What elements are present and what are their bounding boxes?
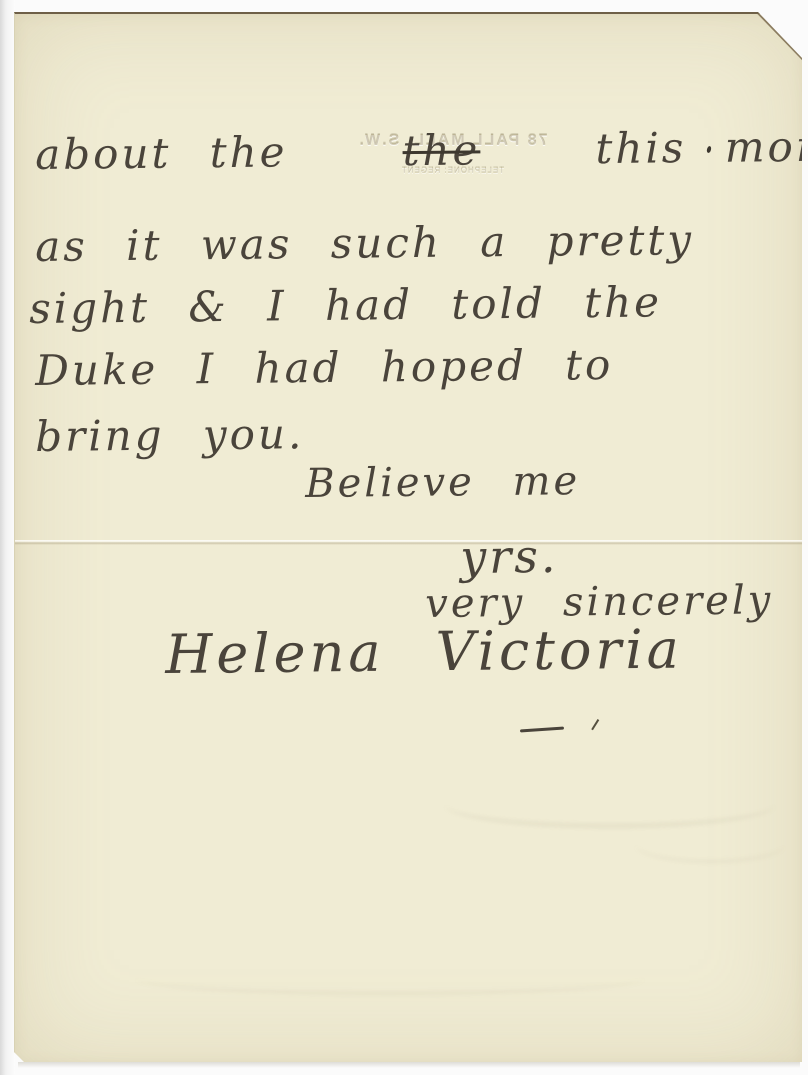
scanner-background-edge (0, 0, 15, 1075)
handwritten-line-2: as it was such a pretty (35, 219, 694, 268)
scanned-letter-page: { "document": { "kind": "handwritten let… (0, 0, 808, 1075)
handwritten-line-4: Duke I had hoped to (35, 344, 614, 392)
showthrough-smudge (445, 782, 775, 828)
paper-shadow (18, 1062, 800, 1068)
handwritten-line-1: about the the this morning (35, 125, 808, 176)
signature-underline-dash (520, 726, 564, 732)
signature-helena-victoria: Helena Victoria (165, 623, 683, 682)
line1-struck-word: the (402, 125, 480, 175)
signature-pen-tick (583, 714, 600, 731)
closing-line-very-sincerely: very sincerely (425, 580, 773, 624)
showthrough-smudge (135, 962, 645, 995)
line1-before: about the (35, 127, 288, 179)
handwritten-line-5: bring you. (35, 413, 305, 458)
letter-paper: 78 PALL MALL. S.W. TELEPHONE: REGENT abo… (14, 12, 805, 1065)
showthrough-smudge (635, 826, 785, 863)
line1-after: this morning (595, 121, 808, 173)
fold-crease (15, 540, 803, 545)
clipped-corner-edge (757, 13, 804, 62)
handwritten-line-3: sight & I had told the (29, 281, 662, 330)
closing-line-believe-me: Believe me (305, 461, 580, 504)
